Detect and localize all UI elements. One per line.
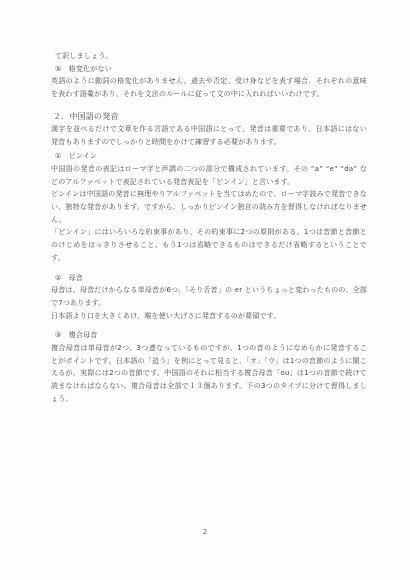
section-heading-3-fukugo-boin: ③ 複合母音 bbox=[51, 329, 367, 342]
text-block: て訳しましょう。 ⑤ 格変化がない 英語のように動詞の格変化がありません。過去や… bbox=[51, 50, 367, 406]
paragraph: 英語のように動詞の格変化がありません。過去や否定、受け身などを表す場合、それぞれ… bbox=[51, 75, 367, 100]
paragraph: 母音は、母音だけからなる単母音が6つ、「そり舌音」の er というちょっと変わっ… bbox=[51, 284, 367, 309]
chapter-heading-hatsuon: ２．中国語の発音 bbox=[51, 110, 367, 123]
paragraph: ピンインは中国語の発音に無理やりアルファベットを当てはめたので、ローマ字読みで発… bbox=[51, 188, 367, 226]
paragraph: 漢字を並べるだけで文章を作る言語である中国語にとって、発音は重要であり、日本語に… bbox=[51, 123, 367, 148]
paragraph: 複合母音は単母音が2つ、3つ連なっているものですが、1つの音のようになめらかに発… bbox=[51, 342, 367, 406]
paragraph: 日本語より口を大きくあけ、喉を使い大げさに発音するのが要領です。 bbox=[51, 310, 367, 323]
paragraph: 中国語の発音の表記はローマ字と声調の二つの部分で構成されています。その “a” … bbox=[51, 163, 367, 188]
section-heading-5-kakuhenka: ⑤ 格変化がない bbox=[51, 63, 367, 76]
paragraph: 「ピンイン」にはいろいろな約束事があり、その約束事に2つの原則がある。1つは音節… bbox=[51, 226, 367, 264]
page-number: 2 bbox=[0, 528, 410, 536]
document-page: て訳しましょう。 ⑤ 格変化がない 英語のように動詞の格変化がありません。過去や… bbox=[0, 0, 410, 580]
continuation-line: て訳しましょう。 bbox=[51, 50, 367, 63]
section-heading-2-boin: ② 母音 bbox=[51, 272, 367, 285]
section-heading-1-pinyin: ① ピンイン bbox=[51, 150, 367, 163]
